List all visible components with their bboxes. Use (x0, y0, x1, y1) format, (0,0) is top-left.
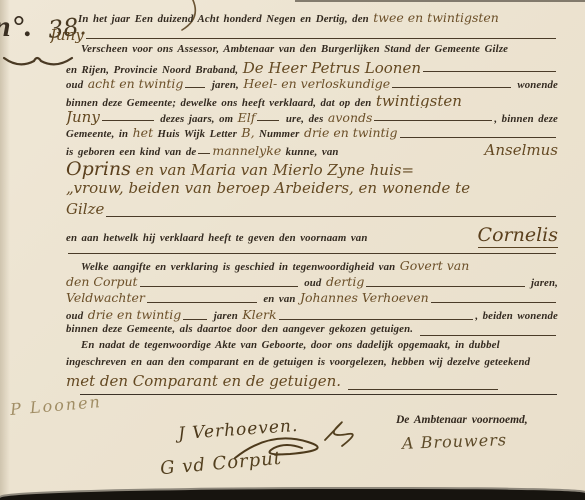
document-line: En nadat de tegenwoordige Akte van Geboo… (66, 339, 558, 355)
fill-rule (68, 252, 556, 254)
document-line: en Rijen, Provincie Noord Braband, De He… (66, 59, 558, 75)
document-line: Oprins en van Maria van Mierlo Zyne huis… (66, 158, 558, 179)
birth-record-page: n°. 38. In het jaar Een duizend Acht hon… (0, 0, 585, 500)
printed-text: dezes jaars, om (156, 113, 238, 124)
document-line: Juny (50, 26, 558, 42)
printed-text: jaren (209, 310, 242, 322)
official-caption: De Ambtenaar voornoemd, (396, 414, 528, 426)
printed-text: jaren, (207, 79, 243, 91)
fill-rule (140, 285, 298, 287)
document-line: is geboren een kind van demannelyke kunn… (66, 141, 558, 157)
handwritten-text: De Heer Petrus Loonen (243, 59, 421, 75)
page-left-edge-shadow (0, 0, 10, 500)
handwritten-text: met den Comparant en de getuigen. (66, 372, 346, 390)
printed-text: Gemeente, in (66, 128, 133, 140)
printed-text: Huis Wijk Letter (153, 128, 241, 140)
fill-rule (348, 388, 498, 390)
handwritten-text: Veldwachter (66, 290, 145, 305)
printed-text: binnen deze Gemeente; dewelke ons heeft … (66, 97, 376, 108)
document-line (66, 248, 558, 258)
handwritten-text: drie en twintig (304, 125, 398, 140)
handwritten-text: B, (241, 125, 254, 140)
handwritten-text: drie en twintig (88, 307, 182, 322)
document-line: Gemeente, in het Huis Wijk Letter B, Num… (66, 125, 558, 141)
printed-text: oud (66, 310, 88, 322)
handwritten-text: Gilze (66, 200, 104, 218)
printed-text: oud (66, 79, 88, 91)
fill-rule (102, 119, 154, 121)
handwritten-text: Johannes Verhoeven (300, 290, 429, 305)
handwritten-text: Klerk (242, 307, 276, 322)
signature-declarant: P Loonen (9, 392, 102, 419)
handwritten-text: „vrouw, beiden van beroep Arbeiders, en … (66, 179, 470, 197)
handwritten-text: het (133, 125, 153, 140)
document-line: binnen deze Gemeente, als daartoe door d… (66, 323, 558, 339)
printed-text: jaren, (527, 277, 558, 289)
document-line: met den Comparant en de getuigen. (66, 372, 558, 393)
handwritten-text: Elf (238, 110, 256, 124)
handwritten-text: acht en twintig (88, 76, 184, 91)
document-line: Welke aangifte en verklaring is geschied… (66, 258, 558, 274)
document-line: Juny dezes jaars, om Elf ure, des avonds… (66, 108, 558, 124)
printed-text: wonende (513, 79, 558, 91)
document-line: den Corput oud dertig jaren, (66, 274, 558, 290)
fill-rule (392, 86, 511, 88)
handwritten-text: den Corput (66, 274, 138, 289)
document-line: Verscheen voor ons Assessor, Ambtenaar v… (66, 43, 558, 59)
printed-text: oud (300, 277, 326, 289)
handwritten-text: Cornelis (478, 224, 558, 248)
scan-top-edge-line (295, 0, 585, 2)
printed-text: en aan hetwelk hij verklaard heeft te ge… (66, 232, 372, 244)
handwritten-text: mannelyke (212, 143, 281, 157)
document-line: oud drie en twintig jaren Klerk, beiden … (66, 307, 558, 323)
printed-text: ingeschreven en aan den comparant en de … (66, 356, 530, 368)
handwritten-text: avonds (328, 110, 373, 124)
printed-text: En nadat de tegenwoordige Akte van Geboo… (81, 339, 500, 351)
scan-bottom-edge (0, 489, 585, 500)
printed-text: Nummer (255, 128, 304, 140)
printed-text: ure, des (281, 113, 328, 124)
handwritten-text: Govert van (400, 258, 470, 273)
fill-rule (183, 318, 207, 320)
printed-text: Welke aangifte en verklaring is geschied… (81, 261, 400, 273)
fill-rule (257, 119, 279, 121)
handwritten-text: Heel- en verloskundige (243, 76, 390, 91)
handwritten-text: Juny (66, 108, 100, 124)
fill-rule (198, 152, 210, 154)
document-line: oud acht en twintig jaren, Heel- en verl… (66, 76, 558, 92)
printed-text: In het jaar Een duizend Acht honderd Neg… (78, 13, 373, 25)
fill-rule (400, 136, 556, 138)
handwritten-text: twee en twintigsten (373, 10, 499, 25)
printed-text: en van (259, 293, 300, 305)
fill-rule (185, 86, 205, 88)
fill-rule (86, 37, 556, 39)
handwritten-text: Anselmus (485, 141, 558, 157)
document-line: In het jaar Een duizend Acht honderd Neg… (66, 10, 558, 26)
record-number-label: n°. (0, 10, 33, 44)
fill-rule (279, 318, 474, 320)
printed-text: , beiden wonende (475, 310, 558, 322)
printed-text: kunne, van (281, 146, 343, 157)
margin-flourish-icon (2, 52, 74, 72)
printed-text: binnen deze Gemeente, als daartoe door d… (66, 323, 418, 335)
signature-official: A Brouwers (402, 430, 508, 453)
handwritten-text: en van Maria van Mierlo Zyne huis= (131, 161, 414, 179)
closing-rule (80, 394, 557, 395)
fill-rule (147, 301, 257, 303)
document-lines: In het jaar Een duizend Acht honderd Neg… (66, 10, 558, 393)
document-line: en aan hetwelk hij verklaard heeft te ge… (66, 224, 558, 248)
fill-rule (374, 119, 492, 121)
printed-text: , binnen deze (494, 113, 558, 124)
printed-text: Verscheen voor ons Assessor, Ambtenaar v… (81, 43, 508, 55)
handwritten-text: Oprins (66, 158, 131, 179)
signature-witness-corput: G vd Corput (159, 448, 282, 480)
handwritten-text: Juny (50, 26, 84, 42)
handwritten-text: twintigsten (376, 92, 462, 108)
fill-rule (366, 285, 524, 287)
fill-rule (106, 215, 556, 217)
handwritten-text: dertig (326, 274, 364, 289)
fill-rule (420, 334, 556, 336)
fill-rule (431, 301, 556, 303)
printed-text: is geboren een kind van de (66, 146, 196, 157)
document-line: „vrouw, beiden van beroep Arbeiders, en … (66, 179, 558, 200)
printed-text: en Rijen, Provincie Noord Braband, (66, 64, 243, 75)
document-line: Veldwachter en van Johannes Verhoeven (66, 290, 558, 306)
document-line: ingeschreven en aan den comparant en de … (66, 356, 558, 372)
document-line: Gilze (66, 200, 558, 221)
fill-rule (423, 70, 556, 72)
document-line: binnen deze Gemeente; dewelke ons heeft … (66, 92, 558, 108)
